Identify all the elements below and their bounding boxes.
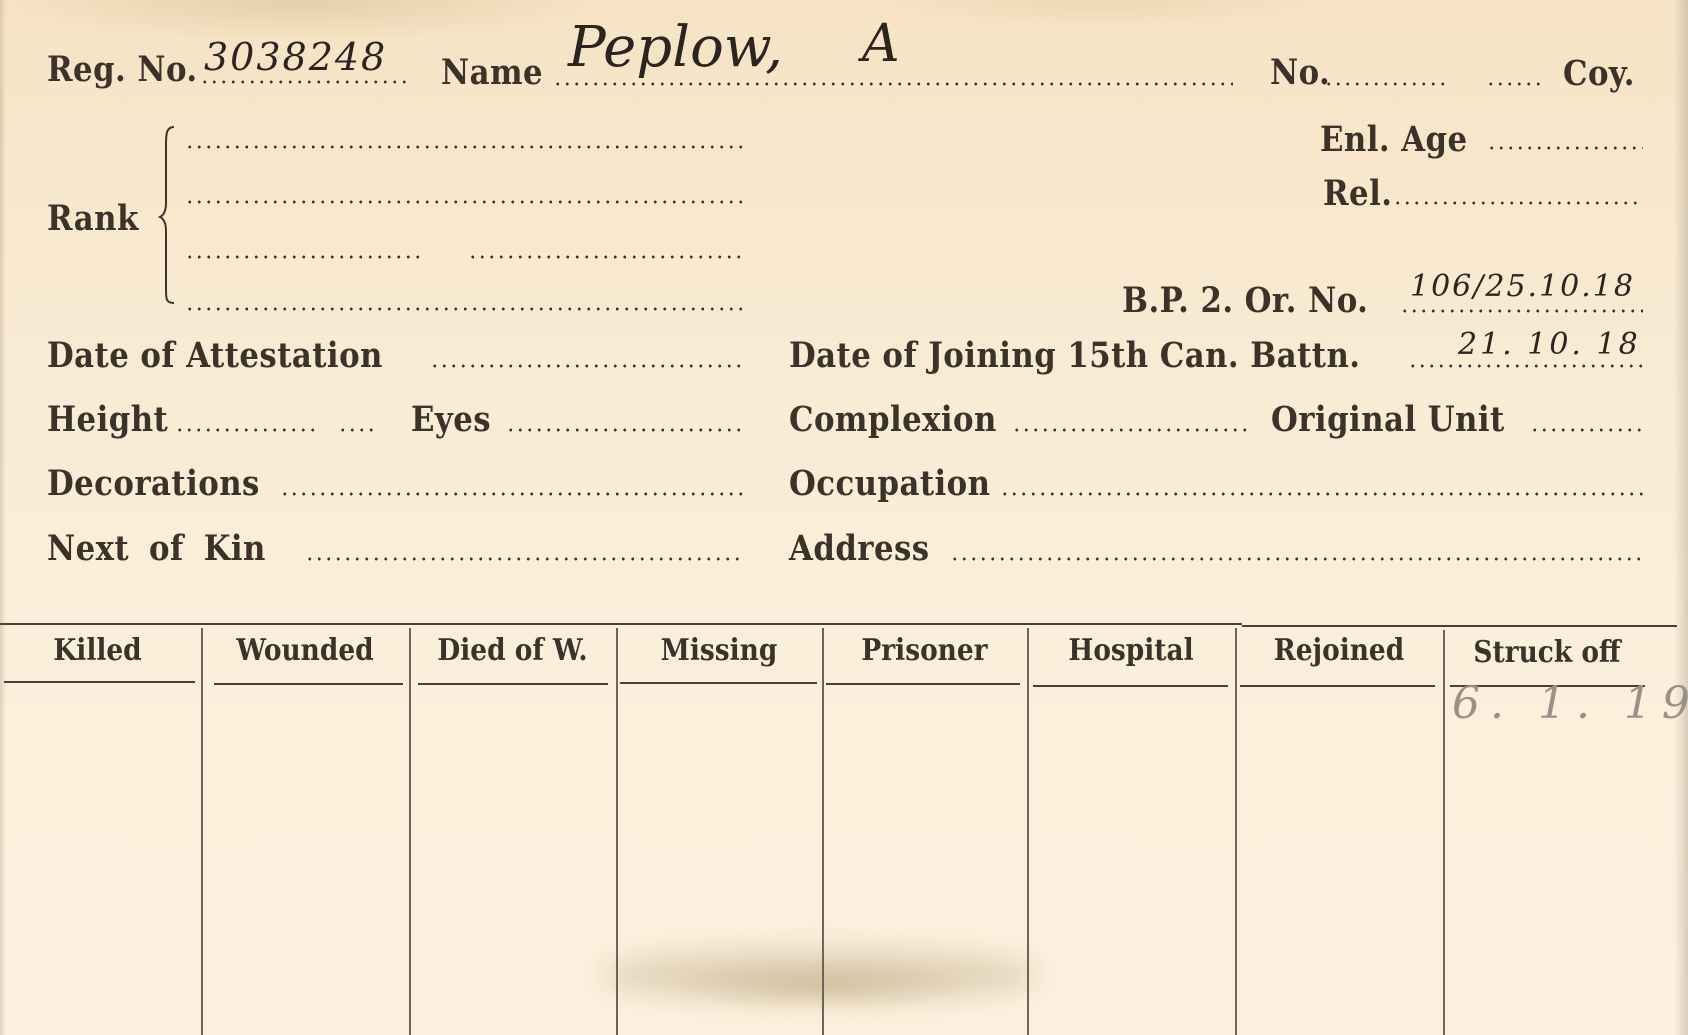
rank-brace-icon [158,125,178,305]
column-header-prisoner: Prisoner [838,636,1011,666]
cell-missing[interactable] [618,690,821,1030]
cell-wounded[interactable] [203,690,408,1030]
cell-killed[interactable] [0,690,200,1030]
name-dotted-line [553,82,1233,86]
table-top-rule-right [1242,625,1677,627]
cell-died-of-wounds[interactable] [411,690,615,1030]
rank-line-3a[interactable] [185,255,423,259]
cell-struck-off[interactable]: 6. 1. 19 [1452,682,1688,726]
occupation-label: Occupation [789,466,990,501]
bp2-value[interactable]: 106/25.10.18 [1410,272,1635,302]
header-underline [620,682,817,684]
no-label: No. [1270,55,1330,90]
rank-label: Rank [47,201,139,236]
column-header-died-of-wounds: Died of W. [425,636,600,666]
header-underline [1033,685,1228,687]
rank-line-1[interactable] [185,145,745,149]
column-header-hospital: Hospital [1043,636,1219,666]
coy-label: Coy. [1563,56,1635,91]
name-initial-value[interactable]: A [862,18,900,70]
height-sep-dots [338,428,374,432]
occupation-dotted-line[interactable] [1000,492,1643,496]
cell-prisoner[interactable] [824,690,1026,1030]
card-edge-right [1674,0,1688,1035]
height-dotted-line[interactable] [175,428,320,432]
decorations-label: Decorations [47,466,260,501]
name-surname-value[interactable]: Peplow, [568,20,783,76]
table-top-rule [0,623,1242,625]
original-unit-dotted-line[interactable] [1530,428,1643,432]
column-divider [1443,630,1445,1035]
address-label: Address [789,531,930,566]
column-header-killed: Killed [12,636,184,666]
service-record-card: Reg. No. 3038248 Name Peplow, A No. Coy.… [0,0,1688,1035]
original-unit-label: Original Unit [1271,402,1505,437]
bp2-dotted-line [1400,309,1643,313]
enl-age-dotted-line [1487,146,1643,150]
header-underline [418,683,608,685]
rank-line-4[interactable] [185,307,745,311]
column-header-rejoined: Rejoined [1251,636,1427,666]
date-of-joining-value[interactable]: 21. 10. 18 [1458,330,1641,360]
date-of-joining-label: Date of Joining 15th Can. Battn. [789,338,1360,373]
column-header-struck-off: Struck off [1459,638,1635,668]
date-of-attestation-label: Date of Attestation [47,338,383,373]
enl-age-label: Enl. Age [1320,122,1468,157]
header-underline [1240,685,1435,687]
header-underline [214,683,403,685]
cell-hospital[interactable] [1029,690,1234,1030]
header-underline [826,683,1020,685]
no-dotted-line [1324,82,1450,86]
rel-dotted-line [1393,201,1643,205]
bp2-label: B.P. 2. Or. No. [1122,283,1368,318]
next-of-kin-dotted-line[interactable] [305,557,745,561]
date-of-joining-dotted-line [1408,364,1643,368]
date-of-attestation-dotted-line[interactable] [430,364,745,368]
complexion-label: Complexion [789,402,997,437]
reg-no-label: Reg. No. [47,52,198,87]
address-dotted-line[interactable] [950,557,1643,561]
reg-no-dotted-line [200,80,406,84]
height-label: Height [47,402,168,437]
cell-rejoined[interactable] [1237,690,1442,1030]
rank-line-2[interactable] [185,200,745,204]
complexion-dotted-line[interactable] [1012,428,1248,432]
column-header-wounded: Wounded [217,636,393,666]
decorations-dotted-line[interactable] [280,492,745,496]
header-underline [4,681,195,683]
next-of-kin-label: Next of Kin [47,531,266,566]
name-label: Name [441,55,543,90]
reg-no-value[interactable]: 3038248 [204,38,387,76]
coy-dotted-line [1486,82,1546,86]
eyes-dotted-line[interactable] [506,428,745,432]
rank-line-3b [468,255,745,259]
eyes-label: Eyes [411,402,491,437]
rel-label: Rel. [1323,176,1392,211]
column-header-missing: Missing [632,636,806,666]
